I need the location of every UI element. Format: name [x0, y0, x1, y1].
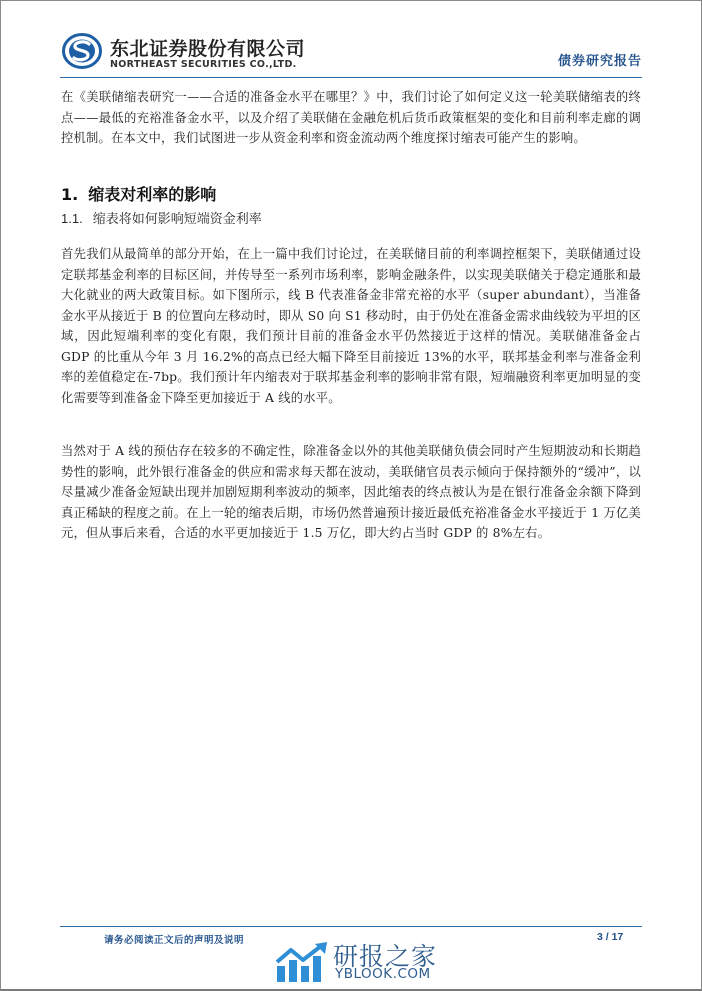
bar-chart-growth-icon — [275, 942, 329, 982]
northeast-securities-logo-icon — [62, 33, 102, 69]
section-heading-1: 1.缩表对利率的影响 — [61, 182, 216, 205]
body-paragraph-1: 首先我们从最简单的部分开始，在上一篇中我们讨论过，在美联储目前的利率调控框架下，… — [61, 244, 641, 408]
company-name-en: NORTHEAST SECURITIES CO.,LTD. — [110, 59, 297, 70]
section-title: 缩表对利率的影响 — [88, 185, 216, 204]
section-number: 1. — [61, 185, 78, 204]
disclaimer-note: 请务必阅读正文后的声明及说明 — [104, 932, 244, 946]
subsection-heading-1-1: 1.1.缩表将如何影响短端资金利率 — [61, 208, 262, 227]
page-header: 东北证券股份有限公司 NORTHEAST SECURITIES CO.,LTD.… — [60, 30, 642, 76]
company-name-cn: 东北证券股份有限公司 — [110, 34, 305, 61]
footer-divider — [60, 926, 642, 927]
yblook-watermark: 研报之家 YBLOOK.COM — [275, 940, 465, 984]
report-type-label: 债券研究报告 — [558, 50, 642, 69]
body-paragraph-2: 当然对于 A 线的预估存在较多的不确定性，除准备金以外的其他美联储负债会同时产生… — [61, 441, 641, 544]
intro-paragraph: 在《美联储缩表研究一——合适的准备金水平在哪里？》中，我们讨论了如何定义这一轮美… — [61, 87, 641, 149]
subsection-title: 缩表将如何影响短端资金利率 — [93, 212, 262, 227]
header-divider — [60, 77, 642, 78]
page-number: 3 / 17 — [597, 931, 623, 943]
watermark-en: YBLOOK.COM — [335, 966, 431, 982]
subsection-number: 1.1. — [61, 211, 83, 226]
